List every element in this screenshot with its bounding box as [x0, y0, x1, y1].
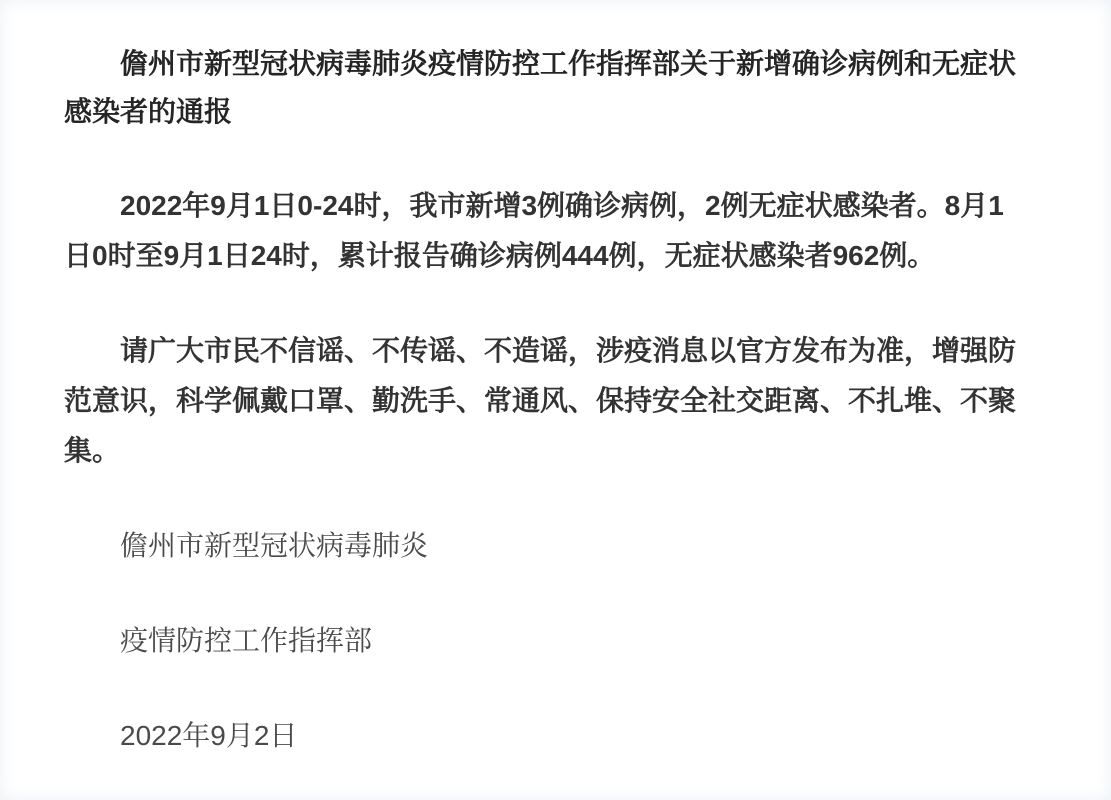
notice-paragraph-public-advice: 请广大市民不信谣、不传谣、不造谣，涉疫消息以官方发布为准，增强防 范意识，科学佩…: [64, 326, 1045, 476]
signature-org-line2: 疫情防控工作指挥部: [64, 616, 1045, 666]
notice-title: 儋州市新型冠状病毒肺炎疫情防控工作指挥部关于新增确诊病例和无症状 感染者的通报: [64, 40, 1045, 136]
notice-page: 儋州市新型冠状病毒肺炎疫情防控工作指挥部关于新增确诊病例和无症状 感染者的通报 …: [0, 0, 1111, 800]
notice-date: 2022年9月2日: [64, 711, 1045, 761]
signature-org-line1: 儋州市新型冠状病毒肺炎: [64, 521, 1045, 571]
notice-paragraph-case-stats: 2022年9月1日0-24时，我市新增3例确诊病例，2例无症状感染者。8月1 日…: [64, 181, 1045, 281]
